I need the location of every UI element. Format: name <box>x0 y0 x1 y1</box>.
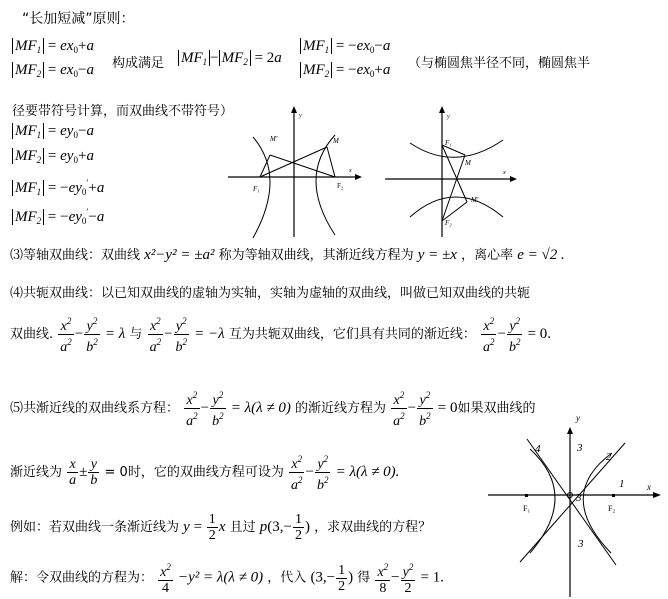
svg-text:4: 4 <box>535 443 541 455</box>
condition-label: 构成满足 <box>112 52 164 71</box>
svg-text:3: 3 <box>576 442 583 454</box>
svg-text:F₂: F₂ <box>608 504 615 513</box>
svg-text:F₂: F₂ <box>337 182 344 190</box>
svg-text:3: 3 <box>577 538 584 550</box>
title: “长加短减”原则： <box>22 8 135 28</box>
focal-x-eq4: MF2 = −ex0+a <box>300 62 390 79</box>
note-line2: 径要带符号计算，而双曲线不带符号） <box>12 100 233 119</box>
focal-y-eq2: MF2 = ey0+a <box>12 148 94 165</box>
svg-text:M: M <box>332 137 340 145</box>
section3-line: ⑶等轴双曲线：双曲线 x²−y² = ±a² 称为等轴双曲线，其渐近线方程为 y… <box>10 244 565 264</box>
svg-text:x: x <box>646 482 651 492</box>
example-question: 例如：若双曲线一条渐近线为 y = 12x 且过 p(3,−12) ，求双曲线的… <box>10 512 431 543</box>
svg-text:3: 3 <box>575 492 582 504</box>
section4-line1: ⑷共轭双曲线：以已知双曲线的虚轴为实轴，实轴为虚轴的双曲线，叫做已知双曲线的共轭 <box>10 282 530 301</box>
svg-text:F₂: F₂ <box>444 219 452 227</box>
focal-y-eq4: MF2 = −ey0′−a <box>12 207 104 226</box>
section5-line1: ⑸共渐近线的双曲线系方程： x2a2−y2b2 = λ(λ ≠ 0) 的渐近线方… <box>10 388 536 429</box>
svg-text:1: 1 <box>619 478 625 490</box>
svg-text:M': M' <box>269 135 278 143</box>
svg-text:x: x <box>348 168 352 174</box>
svg-text:2: 2 <box>606 451 612 463</box>
figure-vertical-hyperbola: F₁ M M' F₂ x y <box>385 105 520 240</box>
note-line1: （与椭圆焦半径不同，椭圆焦半 <box>408 52 590 71</box>
svg-text:F₁: F₁ <box>444 139 452 147</box>
condition-eq: MF1−MF2 = 2a <box>178 50 282 67</box>
figure-horizontal-hyperbola: M' M F₁ F₂ x y <box>225 105 365 240</box>
section4-line2: 双曲线. x2a2−y2b2 = λ 与 x2a2−y2b2 = −λ 互为共轭… <box>10 314 551 355</box>
focal-x-eq2: MF2 = ex0−a <box>12 62 94 79</box>
fig3-y-label: y <box>576 413 580 423</box>
focal-y-eq3: MF1 = −ey0′+a <box>12 178 104 197</box>
focal-x-eq3: MF1 = −ex0−a <box>300 38 390 55</box>
figure-asymptote-regions: F₁ F₂ x 4 3 2 1 3 3 <box>485 425 668 599</box>
focal-y-eq1: MF1 = ey0−a <box>12 123 94 140</box>
svg-text:y: y <box>298 113 302 119</box>
svg-text:M: M <box>464 159 472 167</box>
example-solution: 解：令双曲线的方程为： x24 −y² = λ(λ ≠ 0) ，代入 (3,−1… <box>10 560 444 596</box>
svg-text:y: y <box>446 114 450 120</box>
svg-text:x: x <box>502 170 506 176</box>
svg-text:F₁: F₁ <box>252 185 260 193</box>
svg-text:F₁: F₁ <box>523 504 530 513</box>
focal-x-eq1: MF1 = ex0+a <box>12 38 94 55</box>
svg-text:M': M' <box>470 196 479 204</box>
section5-line2: 渐近线为 xa±yb = 0时，它的双曲线方程可设为 x2a2−y2b2 = λ… <box>10 452 399 493</box>
